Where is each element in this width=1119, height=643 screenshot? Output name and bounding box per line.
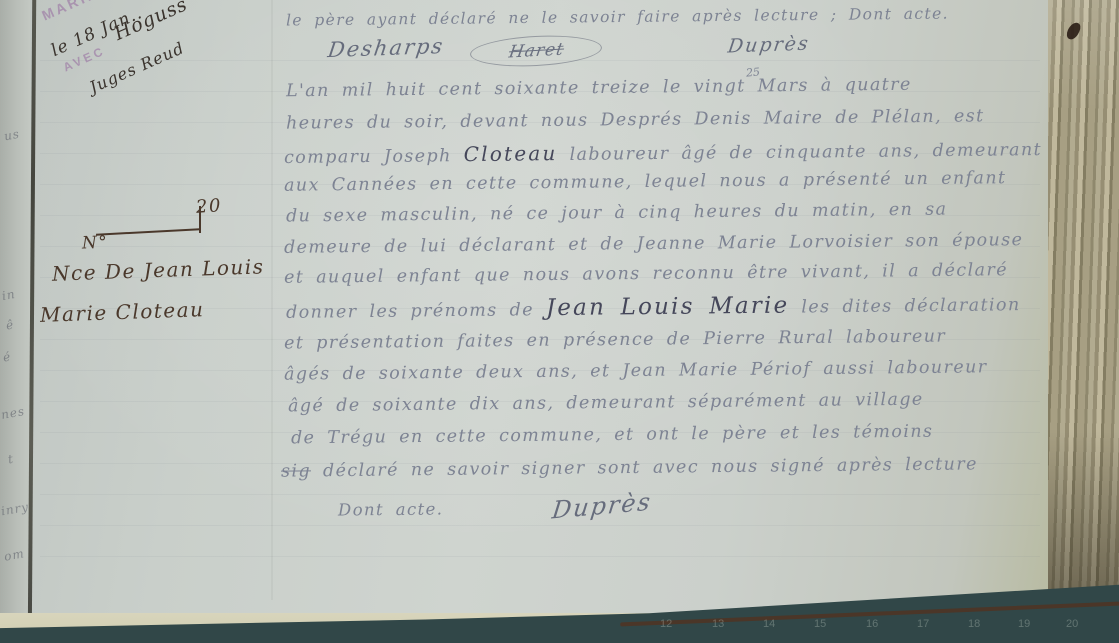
father-name: Cloteau (464, 141, 558, 166)
ruler-number: 12 (660, 618, 672, 630)
ruler-number: 15 (814, 618, 826, 630)
margin-bracket-vertical (199, 206, 201, 233)
edge-fragment: in (1, 287, 17, 303)
signature-desharps: Desharps (326, 34, 446, 62)
signature-dupres-top: Duprès (726, 33, 811, 58)
binding-shading (1048, 0, 1119, 612)
struck-word: sig (281, 461, 311, 481)
margin-crease (271, 0, 273, 600)
ruler-number: 14 (763, 618, 775, 630)
closing-formula: Dont acte. (338, 499, 444, 519)
ruler-number: 17 (917, 618, 929, 630)
ruler-number: 18 (968, 618, 980, 630)
signature-paraphe: Haret (507, 39, 565, 62)
correction-mark: 25 (745, 65, 760, 79)
ruler-number: 20 (1066, 618, 1078, 630)
ruler-number: 13 (712, 618, 724, 630)
child-name: Jean Louis Marie (546, 293, 790, 322)
ruler-number: 19 (1018, 618, 1030, 630)
edge-fragment: us (3, 127, 21, 144)
ruler-number: 16 (866, 618, 878, 630)
